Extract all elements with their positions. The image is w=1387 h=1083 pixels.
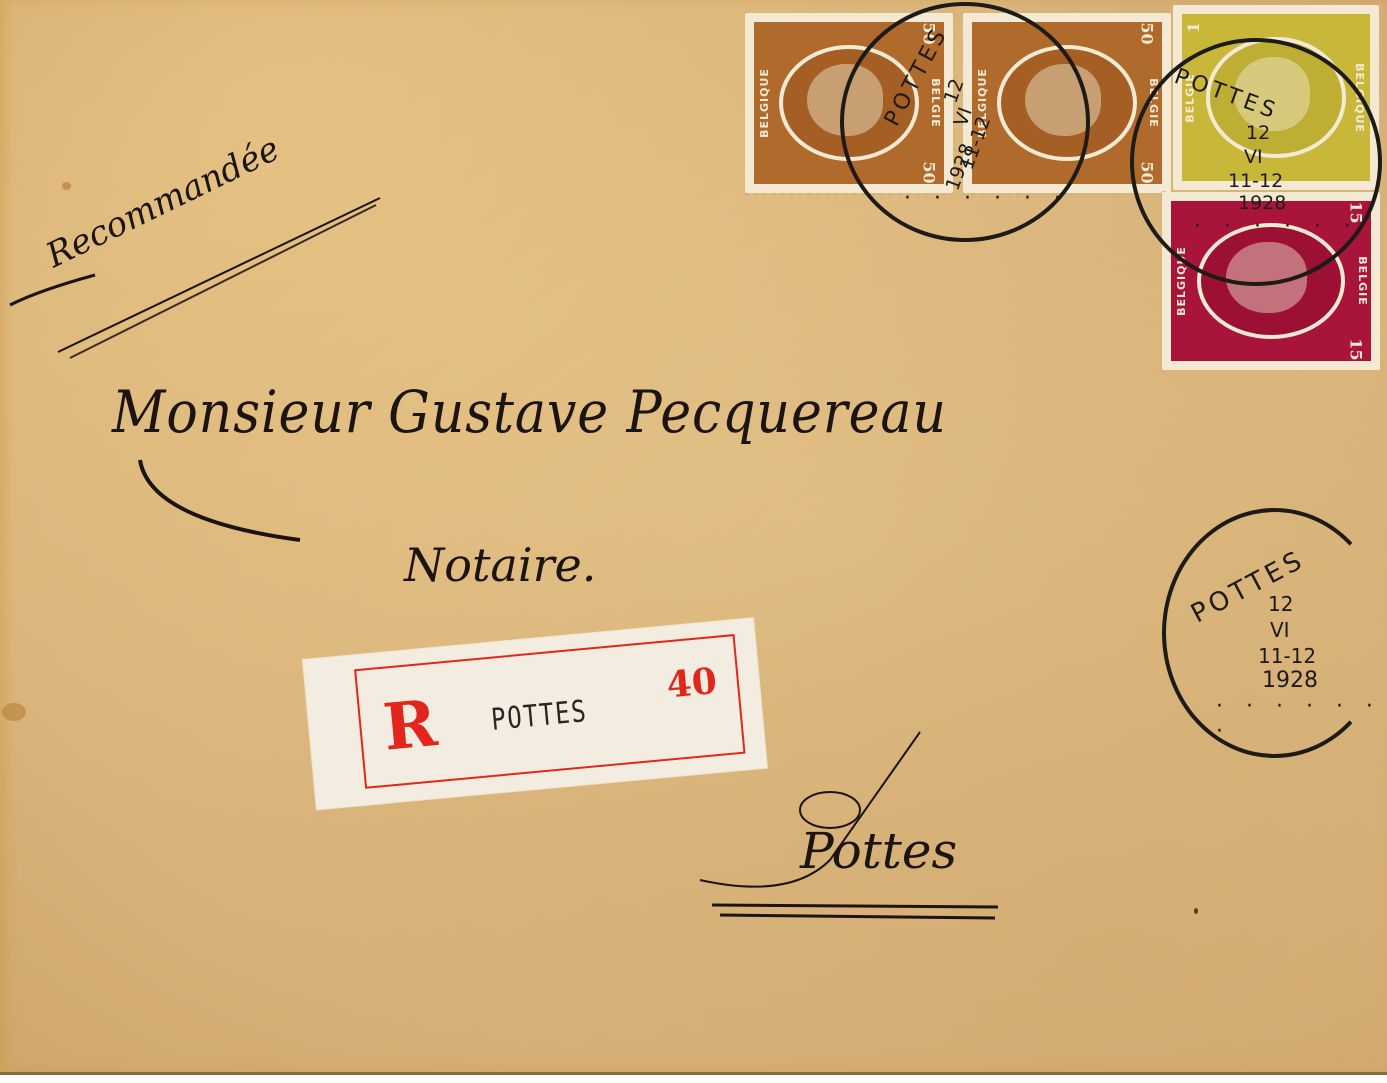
postmark-town: POTTES xyxy=(880,23,953,131)
postmark: POTTES 12 VI 11-12 1928 · · · · · · · xyxy=(1162,508,1387,758)
postmark-day: 12 xyxy=(1268,592,1293,616)
postmark-month: VI xyxy=(1270,618,1290,642)
address-title: Notaire. xyxy=(404,538,596,592)
postmark-year: 1928 xyxy=(1262,668,1318,693)
postmark-month: VI xyxy=(1244,146,1263,168)
envelope: Recommandée Monsieur Gustave Pecquereau … xyxy=(0,0,1387,1075)
postmark: POTTES 12 VI 11-12 1928 · · · · · · xyxy=(840,2,1090,242)
postmark-town: POTTES xyxy=(1186,545,1310,630)
stamp-country: BELGIQUE xyxy=(758,68,771,138)
postmark-town: POTTES xyxy=(1171,64,1282,125)
postmark-year: 1928 xyxy=(1238,192,1286,214)
postmark-dots: · · · · · · xyxy=(1194,214,1359,239)
postmark-dots: · · · · · · · xyxy=(1216,694,1383,744)
postmark-day: 12 xyxy=(940,76,969,106)
address-town: Pottes xyxy=(800,822,957,880)
registration-number: 40 xyxy=(665,660,719,706)
postmark: POTTES 12 VI 11-12 1928 · · · · · · xyxy=(1130,38,1382,286)
registration-frame: R POTTES 40 xyxy=(354,634,745,789)
stamp-value: 15 xyxy=(1346,338,1365,360)
postmark-dots: · · · · · · xyxy=(904,186,1069,211)
postmark-day: 12 xyxy=(1246,122,1270,144)
registration-letter: R xyxy=(380,686,440,766)
postmark-hour: 11-12 xyxy=(1258,644,1316,668)
registration-office: POTTES xyxy=(490,694,589,738)
stamp-value: 1 xyxy=(1184,22,1203,33)
address-recipient: Monsieur Gustave Pecquereau xyxy=(112,378,947,446)
stamp-country-alt: BELGIE xyxy=(1357,256,1370,306)
stamp-value: 50 xyxy=(1137,22,1156,44)
postmark-hour: 11-12 xyxy=(1228,170,1283,192)
